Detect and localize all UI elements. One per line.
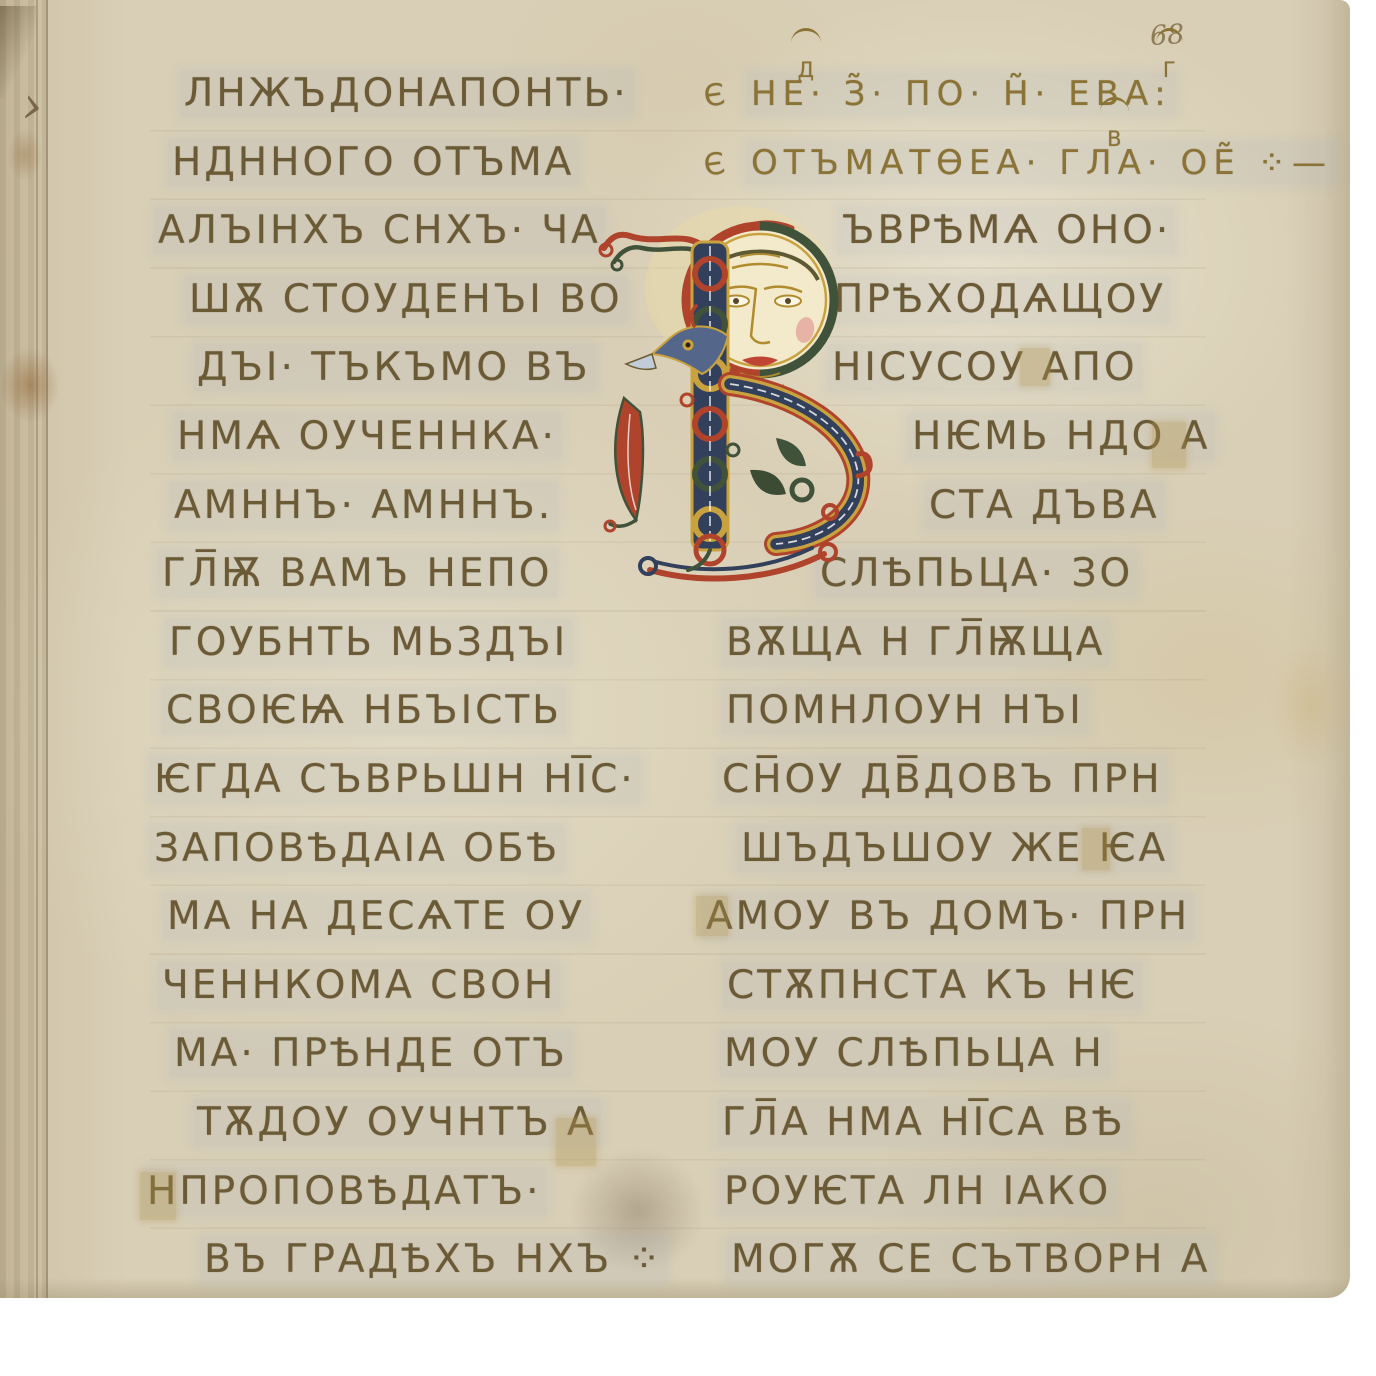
text-line: ВѪЩА Н ГЛ̅ѬЩА	[722, 609, 1198, 678]
text-line: НПРОПОВѢДАТЪ·	[143, 1158, 638, 1227]
text-line: АЛЪІНХЪ СНХЪ· ЧА	[154, 197, 638, 266]
text-line: ЧЕННКОМА СВОН	[158, 952, 638, 1021]
margin-stain	[1255, 620, 1350, 790]
correction-highlight	[1152, 422, 1186, 468]
text-line: ЛНЖЪДОНАПОНТЬ·	[180, 60, 638, 129]
rubric-header-line: ЄОТЪМАТѲЕА· ГЛВА· ОЕ̃ ⁘—	[704, 129, 1198, 198]
text-line: НМѦ ОУЧЕННКА·	[173, 403, 638, 472]
text-line: МА· ПРѢНДЕ ОТЪ	[170, 1020, 638, 1089]
text-line: МОУ СЛѢПЬЦА Н	[720, 1020, 1198, 1089]
text-line: ѤГДА СЪВРЬШН НІ̅С·	[150, 746, 638, 815]
text-line: ГЛ̅А НМА НІ̅СА ВѢ	[718, 1089, 1198, 1158]
pericope-mark: Є	[699, 60, 735, 132]
text-line: АМОУ ВЪ ДОМЪ· ПРН	[702, 883, 1198, 952]
text-line: МА НА ДЕСѦТЕ ОУ	[163, 883, 638, 952]
correction-highlight	[1020, 348, 1050, 386]
text-line: СТА ДЪВА	[925, 472, 1198, 541]
left-text-column: ЛНЖЪДОНАПОНТЬ· НДННОГО ОТЪМА АЛЪІНХЪ СНХ…	[168, 60, 638, 1295]
superscript-letter: Д	[794, 36, 818, 105]
text-line: НДННОГО ОТЪМА	[168, 129, 638, 198]
text-line: СТѪПНСТА КЪ НѤ	[723, 952, 1198, 1021]
text-line: ШѪ СТОУДЕНЪІ ВО	[185, 266, 638, 335]
illuminated-initial-V	[590, 188, 902, 588]
correction-highlight	[696, 896, 728, 936]
correction-highlight	[556, 1118, 596, 1166]
text-line: ВЪ ГРАДѢХЪ НХЪ ⁘	[200, 1226, 638, 1295]
text-line: СН̅ОУ ДВ̅ДОВЪ ПРН	[718, 746, 1198, 815]
page-edge-line	[36, 0, 38, 1298]
correction-highlight	[1082, 828, 1110, 870]
superscript-letter: Г	[1159, 36, 1180, 105]
manuscript-photo: › 68 ЛНЖЪДОНАПОНТЬ· НДННОГО ОТЪМА АЛЪІНХ…	[0, 0, 1376, 1376]
binding-gutter-shadow	[0, 0, 48, 1298]
text-line: СВОѤѨ НБЪІСТЬ	[162, 677, 638, 746]
text-line: ДЪІ· ТЪКЪМО ВЪ	[193, 334, 638, 403]
text-line: ШЪДЪШОУ ЖЕ ѤА	[737, 815, 1198, 884]
text-line: ПОМНЛОУН НЪІ	[722, 677, 1198, 746]
text-line: МОГѪ СЕ СЪТВОРН А	[727, 1226, 1198, 1295]
superscript-letter: В	[1103, 105, 1125, 174]
text-line: ГОУБНТЬ МЬЗДЪІ	[165, 609, 638, 678]
text-line: ГЛ̅Ѭ ВАМЪ НЕПО	[158, 540, 638, 609]
parchment-page: › 68 ЛНЖЪДОНАПОНТЬ· НДННОГО ОТЪМА АЛЪІНХ…	[0, 0, 1350, 1298]
correction-highlight	[140, 1172, 176, 1220]
text-line: ЗАПОВѢДАІА ОБѢ	[150, 815, 638, 884]
text-line: РОУѤТА ЛН ІАКО	[720, 1158, 1198, 1227]
text-line: АМННЪ· АМННЪ.	[170, 472, 638, 541]
